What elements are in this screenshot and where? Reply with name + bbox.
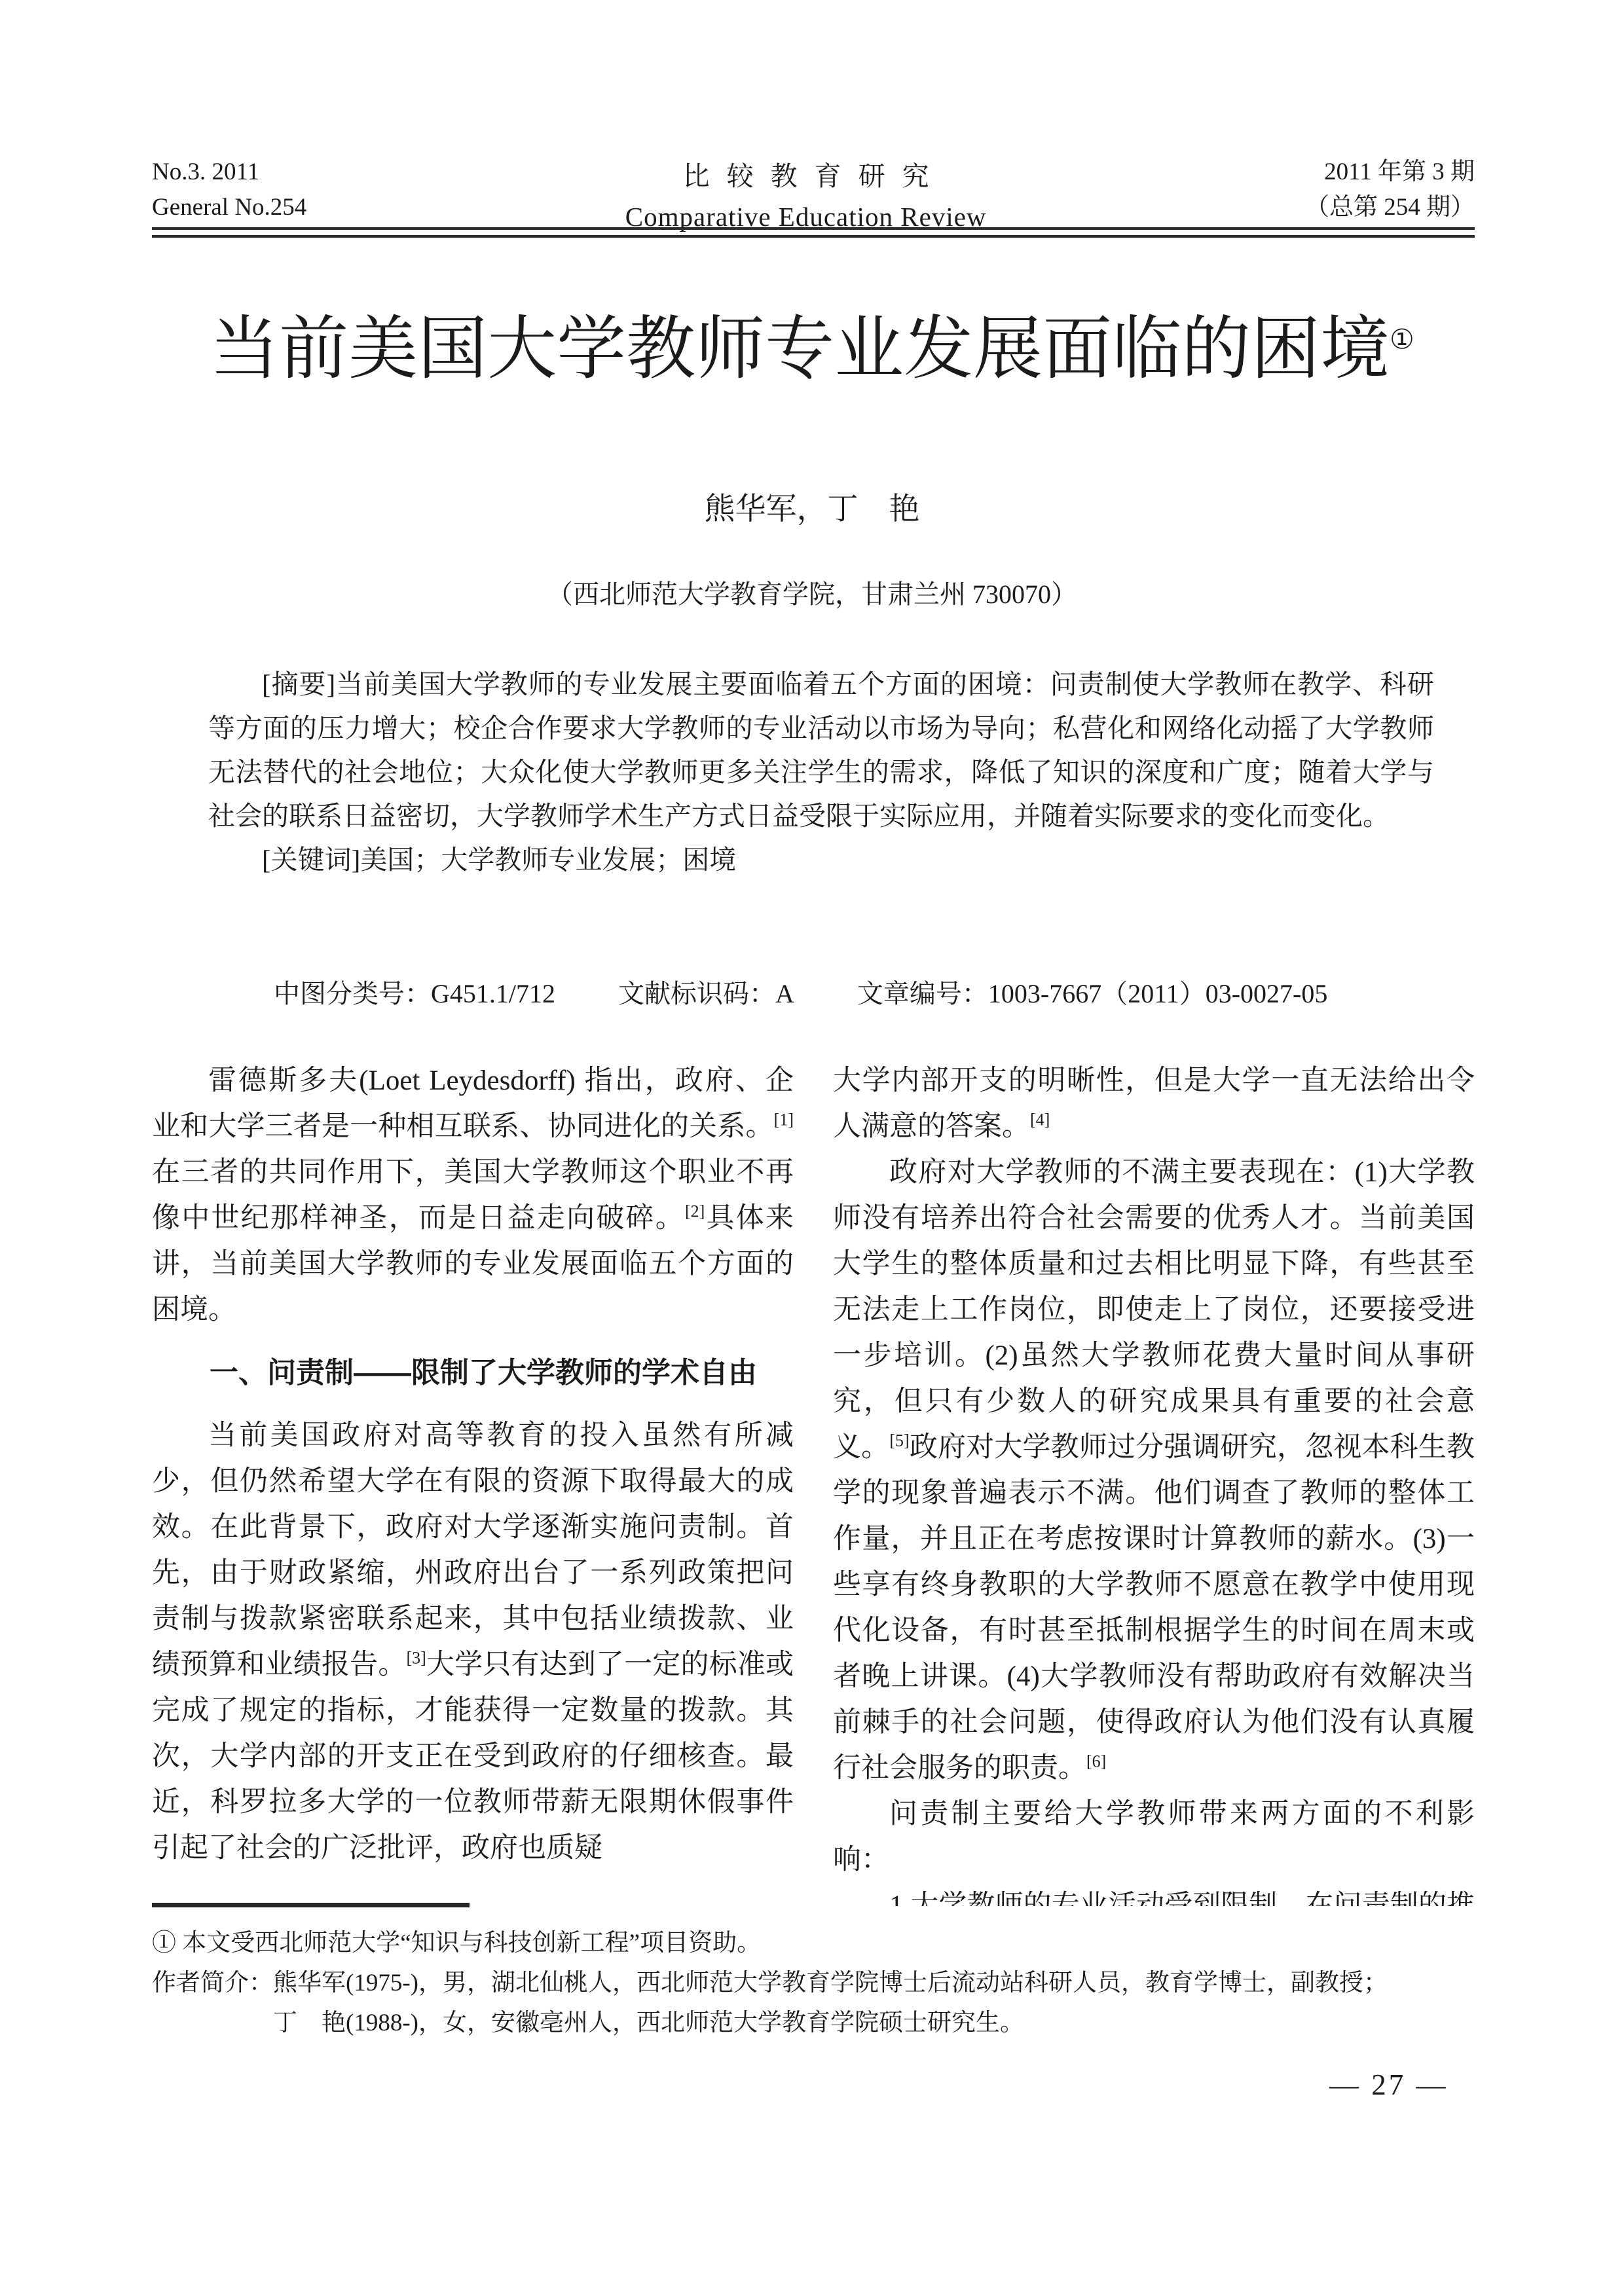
- issue-number: No.3. 2011: [152, 155, 306, 190]
- citation-ref: [1]: [774, 1111, 794, 1129]
- keywords-text: 美国；大学教师专业发展；困境: [360, 845, 736, 875]
- cumulative-issue: （总第 254 期）: [1305, 190, 1475, 225]
- document-code: 文献标识码：A: [618, 973, 794, 1010]
- abstract-block: [摘要]当前美国大学教师的专业发展主要面临着五个方面的困境：问责制使大学教师在教…: [208, 663, 1434, 882]
- right-column: 大学内部开支的明晰性，但是大学一直无法给出令人满意的答案。[4]政府对大学教师的…: [833, 1058, 1475, 1906]
- author-bio-2: 丁 艳(1988-)，女，安徽亳州人，西北师范大学教育学院硕士研究生。: [152, 2003, 1475, 2043]
- citation-ref: [6]: [1086, 1752, 1106, 1771]
- article-id: 文章编号：1003-7667（2011）03-0027-05: [857, 973, 1327, 1010]
- clc-value: G451.1/712: [431, 979, 555, 1008]
- body-paragraph: 问责制主要给大学教师带来两方面的不利影响：: [833, 1791, 1475, 1883]
- abstract-text: 当前美国大学教师的专业发展主要面临着五个方面的困境：问责制使大学教师在教学、科研…: [208, 669, 1434, 831]
- issue-info-cn: 2011 年第 3 期: [1305, 155, 1475, 190]
- article-id-label: 文章编号：: [857, 979, 988, 1008]
- header-left: No.3. 2011 General No.254: [152, 155, 306, 225]
- title-footnote-marker: ①: [1390, 325, 1414, 356]
- general-number: General No.254: [152, 190, 306, 225]
- article-title-text: 当前美国大学教师专业发展面临的困境: [210, 311, 1390, 388]
- left-column: 雷德斯多夫(Loet Leydesdorff) 指出，政府、企业和大学三者是一种…: [152, 1058, 794, 1906]
- clc-number: 中图分类号：G451.1/712: [274, 973, 555, 1010]
- footnote-block: ① 本文受西北师范大学“知识与科技创新工程”项目资助。 作者简介：熊华军(197…: [152, 1903, 1475, 2043]
- article-id-value: 1003-7667（2011）03-0027-05: [988, 979, 1327, 1008]
- document-code-value: A: [775, 979, 794, 1008]
- clc-label: 中图分类号：: [274, 979, 431, 1008]
- body-paragraph: 政府对大学教师的不满主要表现在：(1)大学教师没有培养出符合社会需要的优秀人才。…: [833, 1150, 1475, 1791]
- citation-ref: [5]: [889, 1431, 909, 1450]
- body-paragraph: 当前美国政府对高等教育的投入虽然有所减少，但仍然希望大学在有限的资源下取得最大的…: [152, 1413, 794, 1871]
- body-paragraph: 雷德斯多夫(Loet Leydesdorff) 指出，政府、企业和大学三者是一种…: [152, 1058, 794, 1333]
- keywords-label: [关键词]: [262, 845, 360, 875]
- authors: 熊华军，丁 艳: [0, 485, 1624, 528]
- header-right: 2011 年第 3 期 （总第 254 期）: [1305, 155, 1475, 225]
- citation-ref: [2]: [685, 1202, 705, 1221]
- page-number: — 27 —: [1329, 2068, 1449, 2102]
- citation-ref: [4]: [1030, 1111, 1050, 1129]
- journal-header: No.3. 2011 General No.254 比较教育研究 Compara…: [152, 155, 1475, 232]
- abstract-paragraph: [摘要]当前美国大学教师的专业发展主要面临着五个方面的困境：问责制使大学教师在教…: [208, 663, 1434, 838]
- section-heading: 一、问责制——限制了大学教师的学术自由: [152, 1350, 794, 1396]
- keywords-paragraph: [关键词]美国；大学教师专业发展；困境: [208, 838, 1434, 882]
- classification-row: 中图分类号：G451.1/712 文献标识码：A 文章编号：1003-7667（…: [274, 973, 1327, 1010]
- funding-note: ① 本文受西北师范大学“知识与科技创新工程”项目资助。: [152, 1923, 1475, 1963]
- author-bio-1: 作者简介：熊华军(1975-)，男，湖北仙桃人，西北师范大学教育学院博士后流动站…: [152, 1963, 1475, 2003]
- affiliation: （西北师范大学教育学院，甘肃兰州 730070）: [0, 574, 1624, 611]
- article-body: 雷德斯多夫(Loet Leydesdorff) 指出，政府、企业和大学三者是一种…: [152, 1058, 1475, 1906]
- abstract-label: [摘要]: [262, 669, 335, 699]
- footnote-divider-rule: [152, 1903, 470, 1907]
- document-code-label: 文献标识码：: [618, 979, 775, 1008]
- article-title: 当前美国大学教师专业发展面临的困境①: [0, 293, 1624, 393]
- header-center: 比较教育研究 Comparative Education Review: [625, 155, 987, 232]
- citation-ref: [3]: [407, 1649, 426, 1668]
- journal-page: No.3. 2011 General No.254 比较教育研究 Compara…: [0, 0, 1624, 2295]
- body-paragraph: 大学内部开支的明晰性，但是大学一直无法给出令人满意的答案。[4]: [833, 1058, 1475, 1150]
- journal-title-cn: 比较教育研究: [642, 155, 987, 193]
- header-divider-rule: [152, 227, 1475, 238]
